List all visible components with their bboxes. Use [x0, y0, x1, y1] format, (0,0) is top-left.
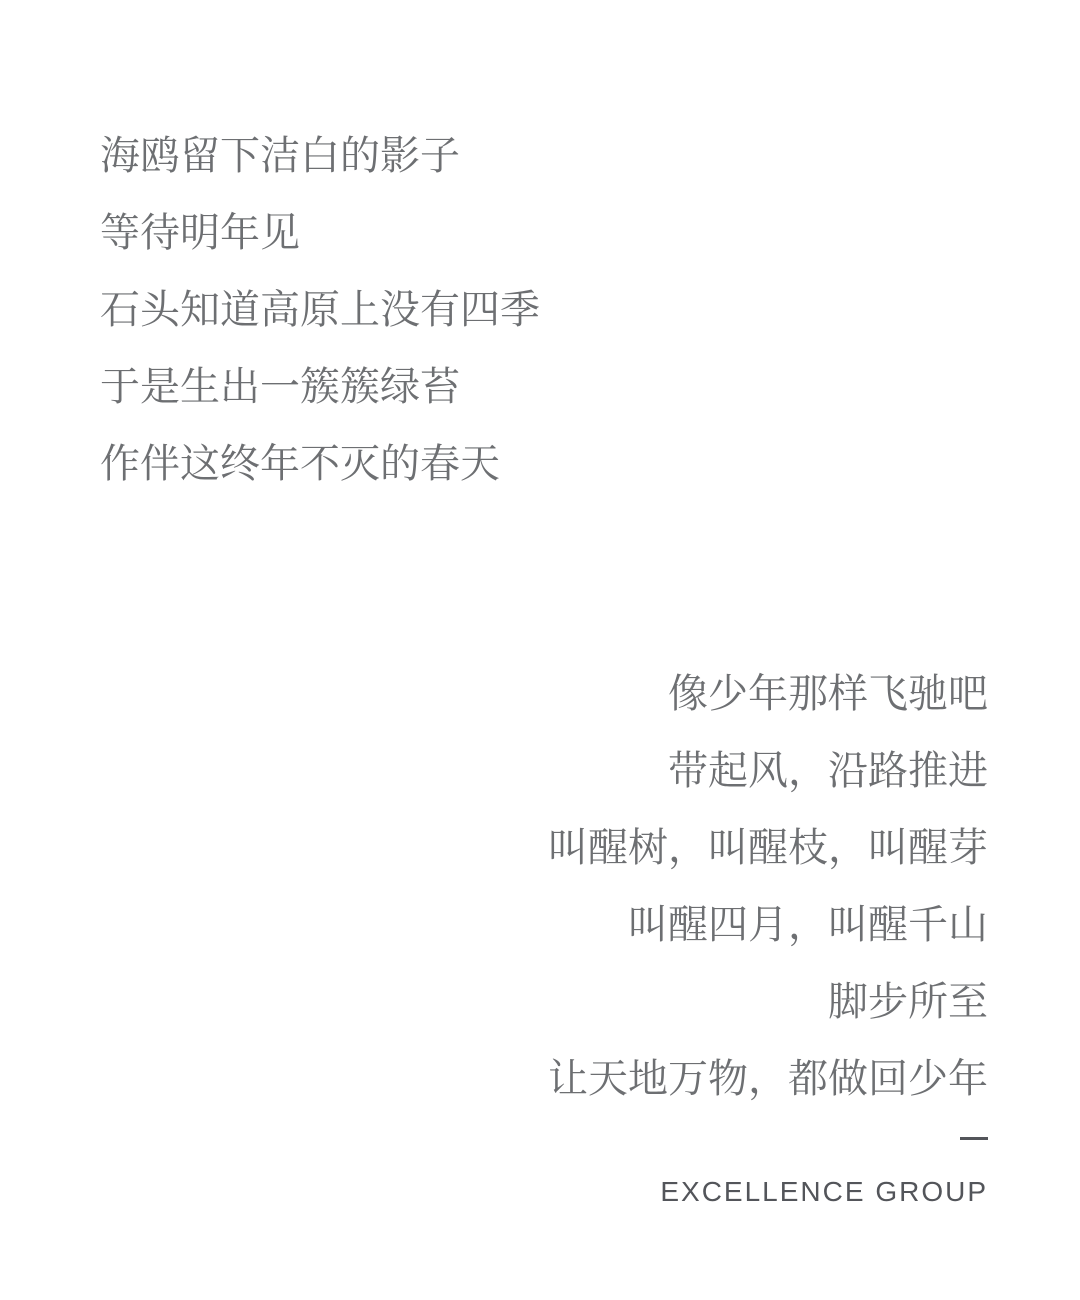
poem-line: 叫醒四月，叫醒千山: [548, 887, 988, 964]
poem-line: 等待明年见: [100, 195, 540, 272]
poem-line: 带起风，沿路推进: [548, 733, 988, 810]
poem-block-right: 像少年那样飞驰吧 带起风，沿路推进 叫醒树，叫醒枝，叫醒芽 叫醒四月，叫醒千山 …: [548, 656, 988, 1208]
poem-line: 于是生出一簇簇绿苔: [100, 349, 540, 426]
poem-block-left: 海鸥留下洁白的影子 等待明年见 石头知道高原上没有四季 于是生出一簇簇绿苔 作伴…: [100, 118, 540, 503]
poem-line: 脚步所至: [548, 964, 988, 1041]
poem-line: 像少年那样飞驰吧: [548, 656, 988, 733]
poem-line: 作伴这终年不灭的春天: [100, 426, 540, 503]
poem-line: 叫醒树，叫醒枝，叫醒芽: [548, 810, 988, 887]
poem-line: 石头知道高原上没有四季: [100, 272, 540, 349]
dash-divider-icon: [960, 1137, 988, 1140]
poem-line: 海鸥留下洁白的影子: [100, 118, 540, 195]
brand-wordmark: EXCELLENCE GROUP: [548, 1176, 988, 1208]
poem-line: 让天地万物，都做回少年: [548, 1041, 988, 1118]
